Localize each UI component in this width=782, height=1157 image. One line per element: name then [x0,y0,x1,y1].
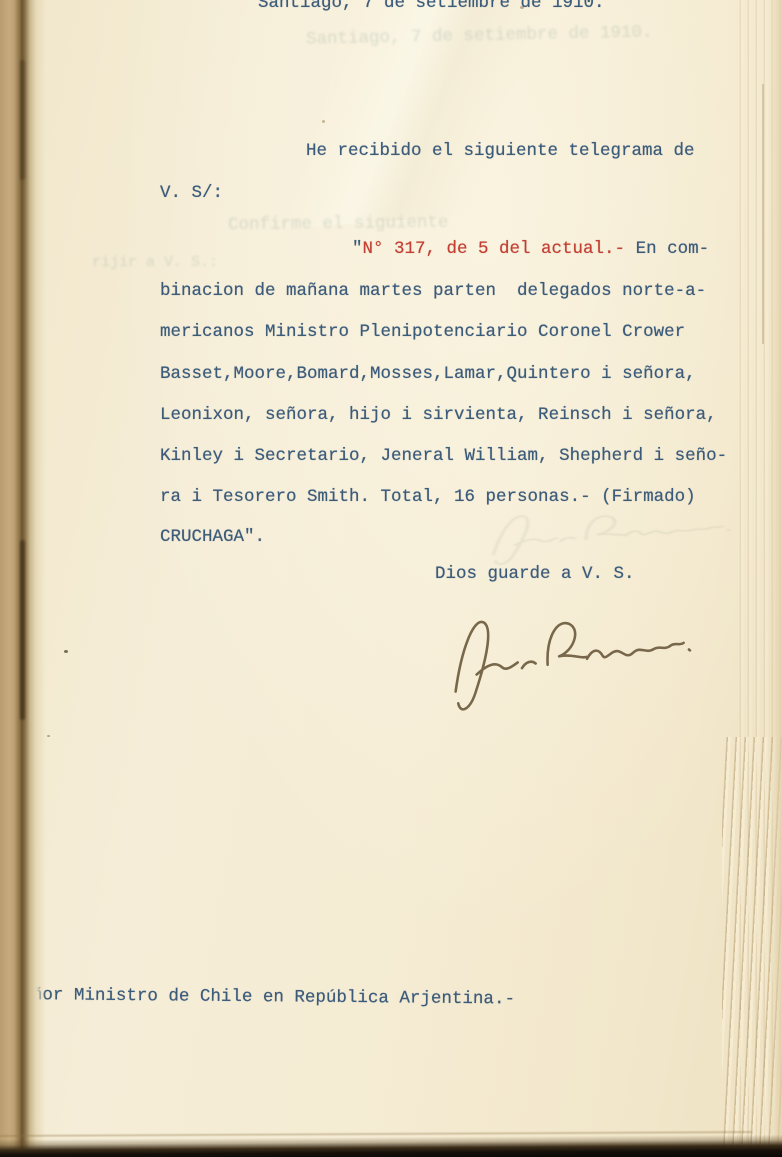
salutation-addressee: V. S/: [160,183,223,203]
salutation-intro: He recibido el siguiente telegrama de [306,141,695,161]
bleedthrough-line-1: Confirme el siguiente [228,213,449,235]
foxing-speck [47,735,50,737]
telegram-ref-red: N° 317, de 5 del actual.- [363,239,626,259]
telegram-line-1: "N° 317, de 5 del actual.- En com- [352,239,709,259]
book-bottom-dark-edge [0,1135,782,1157]
date-line: Santiago, 7 de setiembre de 1910. [258,0,605,13]
gutter-crease-shadow [20,540,25,720]
address-line: Señor Ministro de Chile en República Arj… [11,985,515,1010]
telegram-body-line: mericanos Ministro Plenipotenciario Coro… [160,322,685,342]
gutter-crease-shadow [20,60,25,180]
paper-page: Santiago, 7 de setiembre de 1910. Confir… [0,0,782,1157]
telegram-body-line: Kinley i Secretario, Jeneral William, Sh… [160,446,727,466]
telegram-body-line: Basset,Moore,Bomard,Mosses,Lamar,Quinter… [160,364,696,384]
foxing-speck [322,120,325,123]
page-edge-tint [768,0,782,1157]
telegram-line-1-rest: En com- [625,239,709,259]
bleedthrough-date-line: Santiago, 7 de setiembre de 1910. [306,22,653,49]
foxing-speck [520,6,524,9]
foxing-speck [64,650,68,653]
telegram-body-line: Leonixon, señora, hijo i sirvienta, Rein… [160,405,717,425]
telegram-body-line: CRUCHAGA". [160,527,265,547]
telegram-open-quote: " [352,239,363,259]
telegram-body-line: binacion de mañana martes parten delegad… [160,281,706,301]
bleedthrough-line-2: rijir a V. S.: [92,254,218,271]
top-right-page-edge [762,84,764,344]
signature-handwritten [433,589,697,720]
scanned-letter-page: { "colors": { "paper": "#f5edd7", "ink_b… [0,0,782,1157]
valediction: Dios guarde a V. S. [435,564,635,584]
